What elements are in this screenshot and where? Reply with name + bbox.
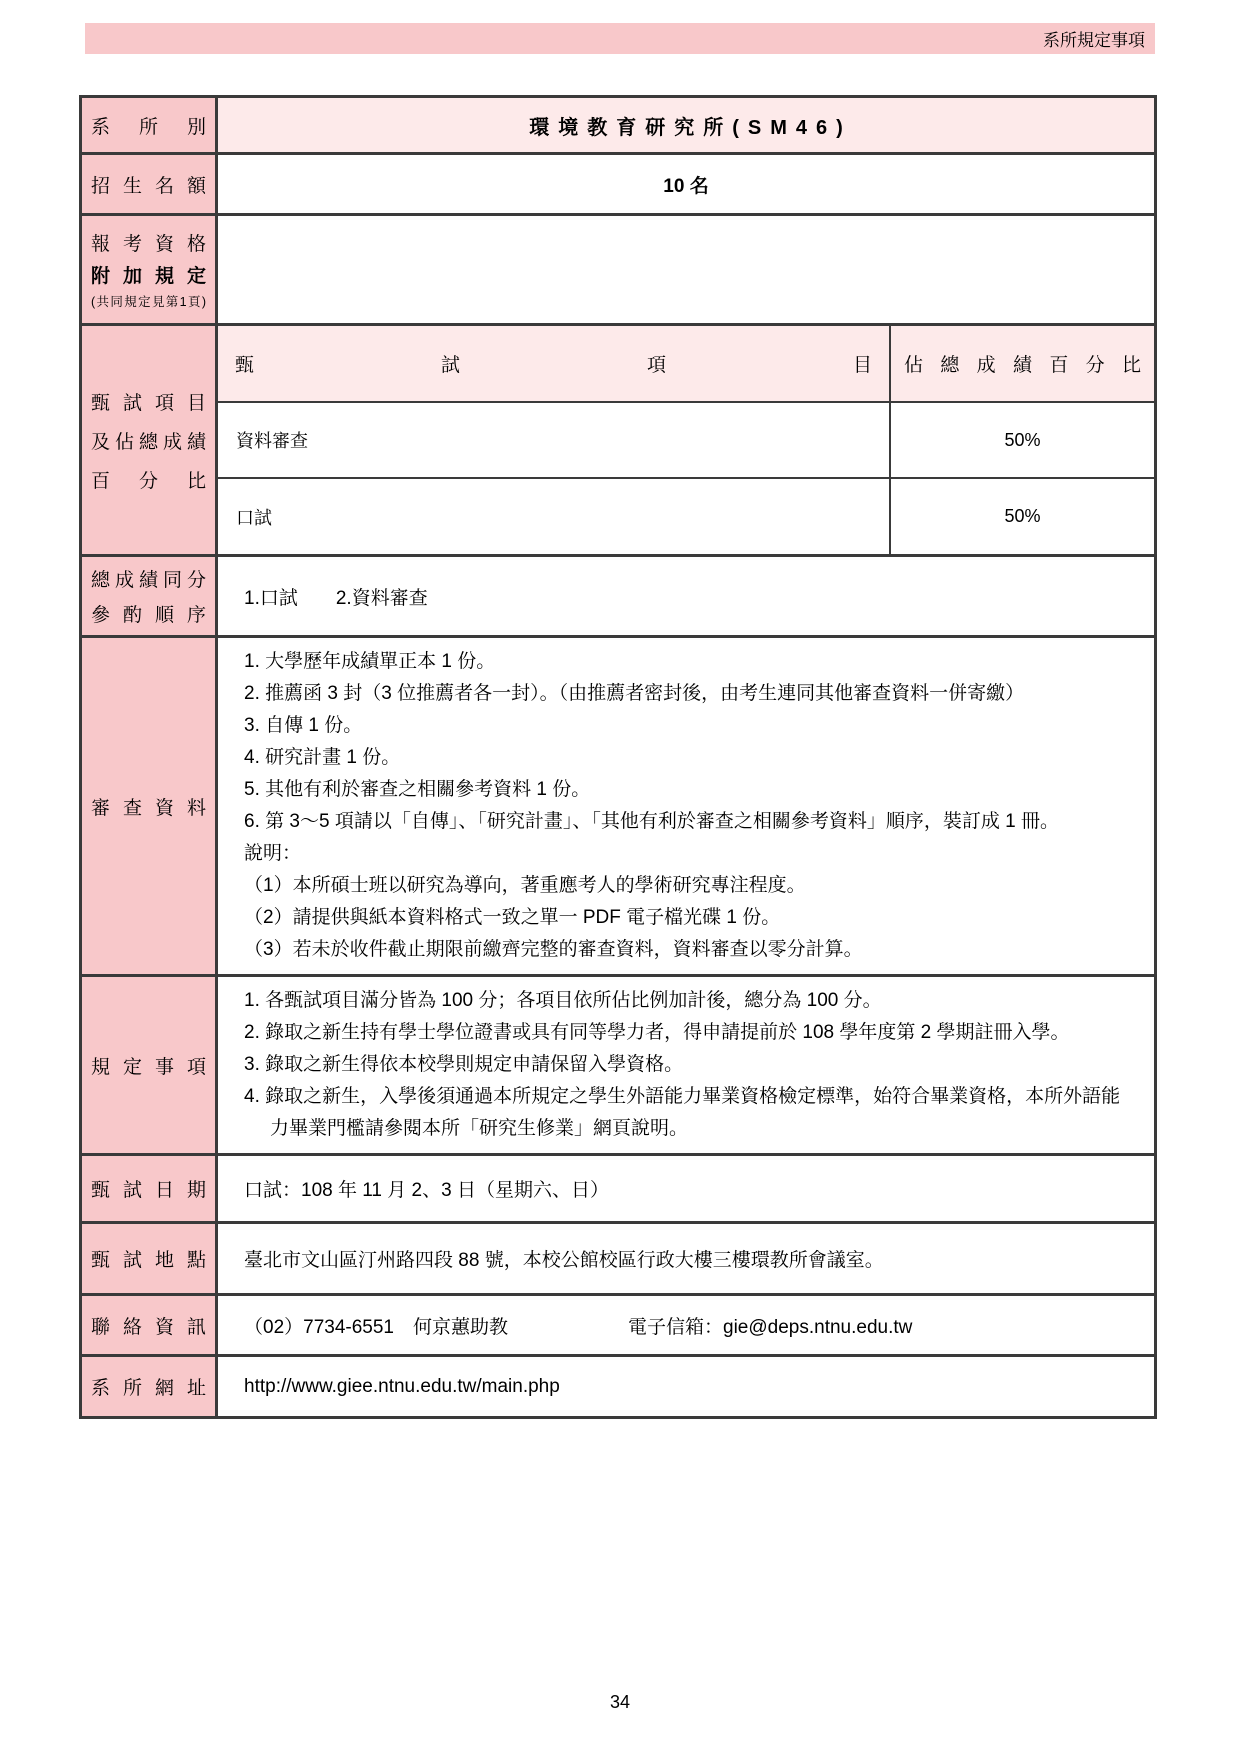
review-label: 審查資料 xyxy=(82,793,215,820)
tiebreak-label-cell: 總成績同分 參酌順序 xyxy=(81,556,217,637)
rules-item: 1. 各甄試項目滿分皆為 100 分；各項目依所佔比例加計後，總分為 100 分… xyxy=(244,985,1134,1017)
row-review-materials: 審查資料 1. 大學歷年成績單正本 1 份。 2. 推薦函 3 封（3 位推薦者… xyxy=(81,637,1156,976)
review-label-cell: 審查資料 xyxy=(81,637,217,976)
exam-col-item-header: 甄試項目 xyxy=(218,326,890,402)
page-number: 34 xyxy=(0,1692,1240,1713)
exam-label-3: 百分比 xyxy=(82,466,215,493)
row-website: 系所網址 http://www.giee.ntnu.edu.tw/main.ph… xyxy=(81,1356,1156,1418)
tiebreak-label-2: 參酌順序 xyxy=(82,600,215,627)
row-dept: 系所別 環境教育研究所(SM46) xyxy=(81,97,1156,154)
website-label-cell: 系所網址 xyxy=(81,1356,217,1418)
review-item: 4. 研究計畫 1 份。 xyxy=(244,742,1134,774)
rules-label-cell: 規定事項 xyxy=(81,976,217,1155)
page-tag-label: 系所規定事項 xyxy=(1043,26,1145,51)
review-note-heading: 說明： xyxy=(244,838,1134,870)
tiebreak-label-1: 總成績同分 xyxy=(82,565,215,592)
exam-place-value: 臺北市文山區汀州路四段 88 號，本校公館校區行政大樓三樓環教所會議室。 xyxy=(217,1223,1156,1295)
review-list: 1. 大學歷年成績單正本 1 份。 2. 推薦函 3 封（3 位推薦者各一封）。… xyxy=(217,637,1156,976)
eligibility-label-cell: 報考資格 附加規定 (共同規定見第1頁) xyxy=(81,215,217,325)
quota-label-cell: 招生名額 xyxy=(81,154,217,215)
exam-item-name: 口試 xyxy=(218,478,890,554)
tiebreak-value: 1.口試 2.資料審查 xyxy=(217,556,1156,637)
review-note: （2）請提供與紙本資料格式一致之單一 PDF 電子檔光碟 1 份。 xyxy=(244,902,1134,934)
exam-date-value: 口試：108 年 11 月 2、3 日（星期六、日） xyxy=(217,1155,1156,1223)
quota-value: 10 名 xyxy=(217,154,1156,215)
rules-label: 規定事項 xyxy=(82,1052,215,1079)
department-rules-table: 系所別 環境教育研究所(SM46) 招生名額 10 名 報考資格 附加規定 (共… xyxy=(79,95,1157,1419)
review-note: （3）若未於收件截止期限前繳齊完整的審查資料，資料審查以零分計算。 xyxy=(244,934,1134,966)
row-contact: 聯絡資訊 （02）7734-6551 何京蕙助教 電子信箱：gie@deps.n… xyxy=(81,1295,1156,1356)
dept-value: 環境教育研究所(SM46) xyxy=(217,97,1156,154)
review-item: 5. 其他有利於審查之相關參考資料 1 份。 xyxy=(244,774,1134,806)
review-item: 3. 自傳 1 份。 xyxy=(244,710,1134,742)
quota-label: 招生名額 xyxy=(82,171,215,198)
exam-subtable-cell: 甄試項目 佔總成績百分比 資料審查 50% 口 xyxy=(217,325,1156,556)
contact-label: 聯絡資訊 xyxy=(82,1312,215,1339)
exam-date-label-cell: 甄試日期 xyxy=(81,1155,217,1223)
row-exam-date: 甄試日期 口試：108 年 11 月 2、3 日（星期六、日） xyxy=(81,1155,1156,1223)
row-quota: 招生名額 10 名 xyxy=(81,154,1156,215)
row-tiebreak: 總成績同分 參酌順序 1.口試 2.資料審查 xyxy=(81,556,1156,637)
rules-item: 3. 錄取之新生得依本校學則規定申請保留入學資格。 xyxy=(244,1049,1134,1081)
row-eligibility: 報考資格 附加規定 (共同規定見第1頁) xyxy=(81,215,1156,325)
exam-place-label-cell: 甄試地點 xyxy=(81,1223,217,1295)
eligibility-label-2: 附加規定 xyxy=(82,261,215,288)
document-page: 系所規定事項 系所別 環境教育研究所(SM46) 招生名額 10 名 xyxy=(0,0,1240,1754)
row-exam-place: 甄試地點 臺北市文山區汀州路四段 88 號，本校公館校區行政大樓三樓環教所會議室… xyxy=(81,1223,1156,1295)
page-tag-bar: 系所規定事項 xyxy=(85,23,1155,54)
exam-col-pct-header: 佔總成績百分比 xyxy=(890,326,1154,402)
exam-label-2: 及佔總成績 xyxy=(82,427,215,454)
rules-item: 2. 錄取之新生持有學士學位證書或具有同等學力者，得申請提前於 108 學年度第… xyxy=(244,1017,1134,1049)
dept-label-cell: 系所別 xyxy=(81,97,217,154)
exam-subtable-header: 甄試項目 佔總成績百分比 xyxy=(218,326,1154,402)
website-label: 系所網址 xyxy=(82,1373,215,1400)
rules-item: 4. 錄取之新生，入學後須通過本所規定之學生外語能力畢業資格檢定標準，始符合畢業… xyxy=(244,1081,1134,1145)
exam-row-review: 資料審查 50% xyxy=(218,402,1154,478)
exam-label-cell: 甄試項目 及佔總成績 百分比 xyxy=(81,325,217,556)
contact-label-cell: 聯絡資訊 xyxy=(81,1295,217,1356)
contact-value: （02）7734-6551 何京蕙助教 電子信箱：gie@deps.ntnu.e… xyxy=(217,1295,1156,1356)
review-item: 1. 大學歷年成績單正本 1 份。 xyxy=(244,646,1134,678)
exam-label-1: 甄試項目 xyxy=(82,388,215,415)
website-url: http://www.giee.ntnu.edu.tw/main.php xyxy=(217,1356,1156,1418)
review-item: 6. 第 3～5 項請以「自傳」、「研究計畫」、「其他有利於審查之相關參考資料」… xyxy=(244,806,1134,838)
review-item: 2. 推薦函 3 封（3 位推薦者各一封）。（由推薦者密封後，由考生連同其他審查… xyxy=(244,678,1134,710)
rules-list: 1. 各甄試項目滿分皆為 100 分；各項目依所佔比例加計後，總分為 100 分… xyxy=(217,976,1156,1155)
exam-subtable: 甄試項目 佔總成績百分比 資料審查 50% 口 xyxy=(218,326,1154,554)
row-exam-items: 甄試項目 及佔總成績 百分比 甄試項目 佔 xyxy=(81,325,1156,556)
exam-row-oral: 口試 50% xyxy=(218,478,1154,554)
eligibility-label-3: (共同規定見第1頁) xyxy=(82,292,215,310)
exam-item-pct: 50% xyxy=(890,402,1154,478)
exam-date-label: 甄試日期 xyxy=(82,1175,215,1202)
eligibility-label-1: 報考資格 xyxy=(82,229,215,256)
contact-phone: （02）7734-6551 何京蕙助教 xyxy=(244,1312,508,1339)
exam-item-pct: 50% xyxy=(890,478,1154,554)
exam-place-label: 甄試地點 xyxy=(82,1245,215,1272)
row-rules: 規定事項 1. 各甄試項目滿分皆為 100 分；各項目依所佔比例加計後，總分為 … xyxy=(81,976,1156,1155)
contact-email: 電子信箱：gie@deps.ntnu.edu.tw xyxy=(628,1312,912,1339)
exam-item-name: 資料審查 xyxy=(218,402,890,478)
dept-label: 系所別 xyxy=(82,112,215,139)
eligibility-value xyxy=(217,215,1156,325)
review-note: （1）本所碩士班以研究為導向，著重應考人的學術研究專注程度。 xyxy=(244,870,1134,902)
